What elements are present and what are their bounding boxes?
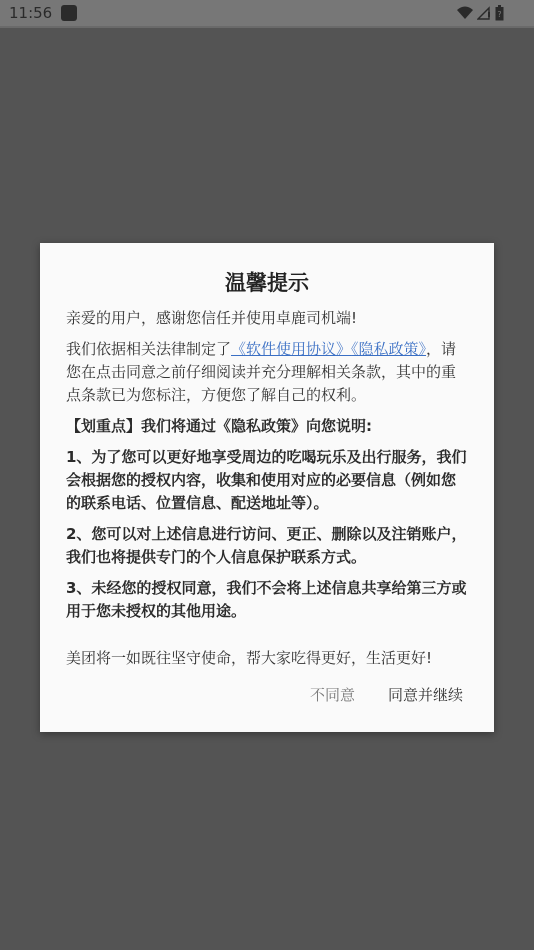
dialog-body: 亲爱的用户，感谢您信任并使用卓鹿司机端! 我们依据相关法律制定了《软件使用协议》… — [66, 307, 468, 631]
point-item: 3、未经您的授权同意，我们不会将上述信息共享给第三方或用于您未授权的其他用途。 — [66, 577, 468, 623]
intro-paragraph: 我们依据相关法律制定了《软件使用协议》《隐私政策》，请您在点击同意之前仔细阅读并… — [66, 338, 468, 407]
dialog-title: 温馨提示 — [40, 267, 494, 297]
battery-icon: ? — [495, 5, 504, 21]
disagree-button[interactable]: 不同意 — [310, 684, 355, 705]
agree-continue-button[interactable]: 同意并继续 — [388, 684, 463, 705]
software-agreement-link[interactable]: 《软件使用协议》 — [231, 340, 351, 358]
system-icons: ? — [457, 5, 504, 21]
status-bar: 11:56 ? — [0, 0, 534, 28]
closing-text: 美团将一如既往坚守使命，帮大家吃得更好，生活更好! — [66, 647, 432, 668]
status-time: 11:56 — [9, 4, 52, 22]
point-item: 2、您可以对上述信息进行访问、更正、删除以及注销账户，我们也将提供专门的个人信息… — [66, 523, 468, 569]
svg-text:?: ? — [497, 10, 501, 19]
notification-square-icon — [61, 5, 77, 21]
wifi-icon — [457, 6, 473, 20]
privacy-policy-link[interactable]: 《隐私政策》 — [351, 340, 426, 358]
point-item: 1、为了您可以更好地享受周边的吃喝玩乐及出行服务，我们会根据您的授权内容，收集和… — [66, 446, 468, 515]
greeting-text: 亲爱的用户，感谢您信任并使用卓鹿司机端! — [66, 307, 468, 330]
intro-prefix: 我们依据相关法律制定了 — [66, 340, 231, 358]
signal-icon — [477, 6, 491, 20]
privacy-dialog: 温馨提示 亲爱的用户，感谢您信任并使用卓鹿司机端! 我们依据相关法律制定了《软件… — [40, 243, 494, 732]
highlight-header: 【划重点】我们将通过《隐私政策》向您说明: — [66, 415, 468, 438]
